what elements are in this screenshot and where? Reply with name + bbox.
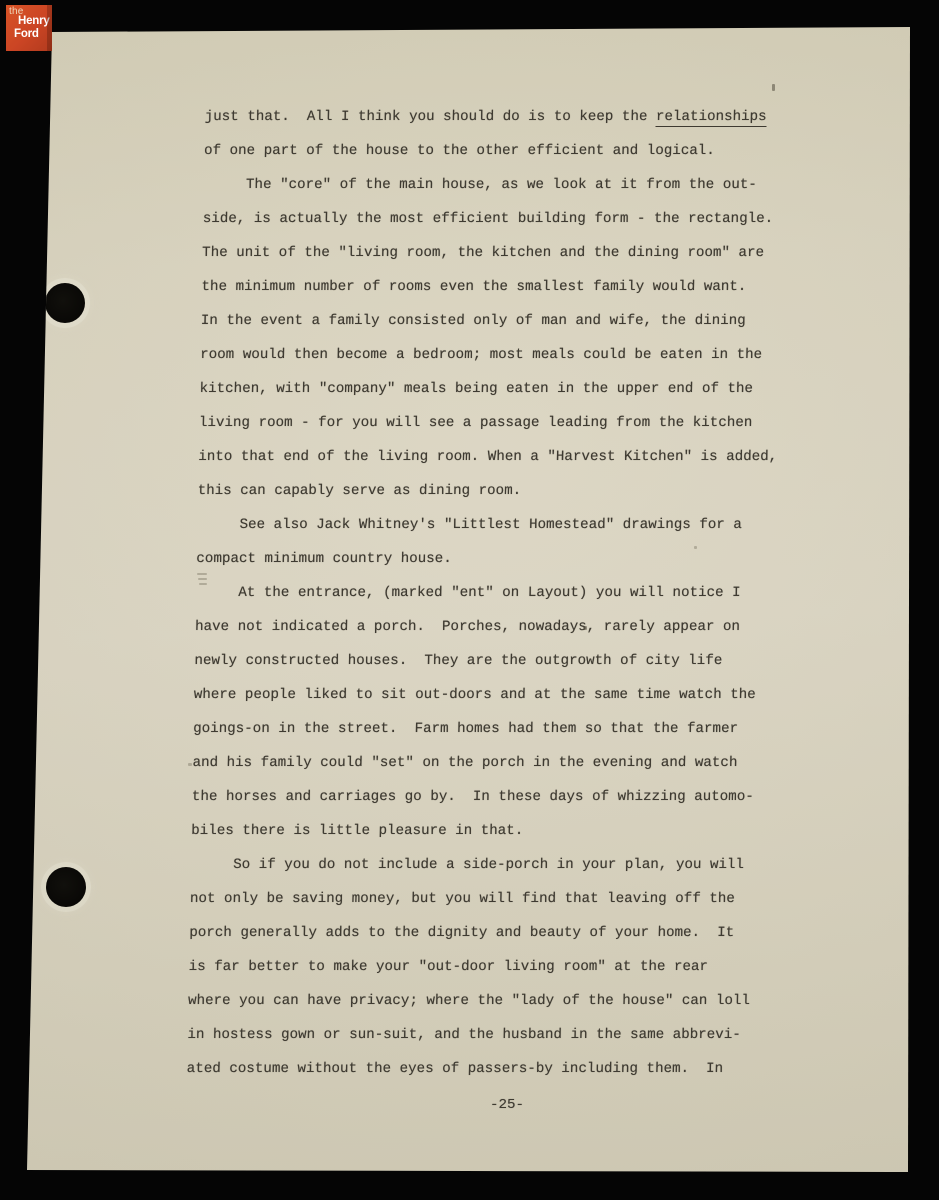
text-line: into that end of the living room. When a…	[198, 440, 839, 474]
text-segment: side, is actually the most efficient bui…	[203, 211, 774, 227]
scanned-document-background: just that. All I think you should do is …	[0, 0, 939, 1200]
scan-artifact	[197, 573, 207, 575]
scan-artifact	[583, 626, 587, 630]
punch-hole-top	[45, 283, 85, 323]
text-line: In the event a family consisted only of …	[201, 304, 842, 338]
text-segment: The unit of the "living room, the kitche…	[202, 245, 764, 261]
text-line: The "core" of the main house, as we look…	[203, 168, 844, 202]
text-line: just that. All I think you should do is …	[204, 100, 845, 134]
text-line: have not indicated a porch. Porches, now…	[195, 610, 836, 644]
text-line: living room - for you will see a passage…	[199, 406, 840, 440]
text-segment: have not indicated a porch. Porches, now…	[195, 619, 740, 635]
text-line: not only be saving money, but you will f…	[190, 882, 831, 916]
text-line: side, is actually the most efficient bui…	[202, 202, 843, 236]
text-segment: into that end of the living room. When a…	[198, 449, 777, 465]
text-segment: living room - for you will see a passage…	[199, 415, 753, 431]
text-segment: biles there is little pleasure in that.	[191, 823, 523, 839]
text-segment: goings-on in the street. Farm homes had …	[193, 721, 738, 737]
text-segment: The "core" of the main house, as we look…	[203, 177, 757, 193]
text-line: where people liked to sit out-doors and …	[193, 678, 834, 712]
text-line: room would then become a bedroom; most m…	[200, 338, 841, 372]
text-line: where you can have privacy; where the "l…	[188, 984, 829, 1018]
text-segment: See also Jack Whitney's "Littlest Homest…	[197, 517, 742, 533]
text-line: the minimum number of rooms even the sma…	[201, 270, 842, 304]
text-line: At the entrance, (marked "ent" on Layout…	[195, 576, 836, 610]
text-segment: not only be saving money, but you will f…	[190, 891, 735, 907]
logo-text-ford: Ford	[14, 28, 39, 40]
punch-hole-bottom	[46, 867, 86, 907]
text-line: newly constructed houses. They are the o…	[194, 644, 835, 678]
text-segment: porch generally adds to the dignity and …	[189, 925, 734, 941]
text-line: So if you do not include a side-porch in…	[190, 848, 831, 882]
text-segment: compact minimum country house.	[196, 551, 452, 567]
text-line: The unit of the "living room, the kitche…	[202, 236, 843, 270]
text-segment: In the event a family consisted only of …	[201, 313, 746, 329]
page-number: -25-	[467, 1088, 547, 1122]
text-line: of one part of the house to the other ef…	[204, 134, 845, 168]
text-line: compact minimum country house.	[196, 542, 837, 576]
text-segment: where you can have privacy; where the "l…	[188, 993, 750, 1009]
text-line: this can capably serve as dining room.	[197, 474, 838, 508]
text-line: See also Jack Whitney's "Littlest Homest…	[197, 508, 838, 542]
text-line: in hostess gown or sun-suit, and the hus…	[187, 1018, 828, 1052]
scan-artifact	[694, 546, 697, 549]
logo-text-henry: Henry	[18, 15, 50, 27]
underlined-word: relationships	[656, 109, 767, 127]
text-segment: just that. All I think you should do is …	[205, 109, 657, 125]
typewritten-text: just that. All I think you should do is …	[186, 100, 845, 1086]
text-line: ated costume without the eyes of passers…	[186, 1052, 827, 1086]
text-segment: is far better to make your "out-door liv…	[189, 959, 709, 975]
scan-artifact	[198, 578, 207, 580]
text-segment: So if you do not include a side-porch in…	[190, 857, 744, 873]
text-segment: the horses and carriages go by. In these…	[192, 789, 754, 805]
text-segment: in hostess gown or sun-suit, and the hus…	[187, 1027, 741, 1043]
scan-artifact	[199, 583, 207, 585]
text-segment: where people liked to sit out-doors and …	[194, 687, 756, 703]
text-line: and his family could "set" on the porch …	[192, 746, 833, 780]
henry-ford-logo: the Henry Ford	[6, 5, 52, 51]
text-line: is far better to make your "out-door liv…	[188, 950, 829, 984]
text-segment: and his family could "set" on the porch …	[192, 755, 737, 771]
text-line: the horses and carriages go by. In these…	[192, 780, 833, 814]
text-segment: At the entrance, (marked "ent" on Layout…	[196, 585, 741, 601]
text-segment: this can capably serve as dining room.	[197, 483, 521, 499]
text-line: kitchen, with "company" meals being eate…	[199, 372, 840, 406]
document-page: just that. All I think you should do is …	[0, 0, 939, 1200]
text-segment: ated costume without the eyes of passers…	[187, 1061, 724, 1077]
text-segment: the minimum number of rooms even the sma…	[201, 279, 746, 295]
text-segment: kitchen, with "company" meals being eate…	[199, 381, 753, 397]
text-segment: newly constructed houses. They are the o…	[194, 653, 722, 669]
scan-artifact	[188, 763, 192, 766]
text-line: goings-on in the street. Farm homes had …	[193, 712, 834, 746]
text-segment: room would then become a bedroom; most m…	[200, 347, 762, 363]
text-segment: of one part of the house to the other ef…	[204, 143, 715, 159]
text-line: porch generally adds to the dignity and …	[189, 916, 830, 950]
scan-artifact	[772, 84, 775, 91]
text-line: biles there is little pleasure in that.	[191, 814, 832, 848]
